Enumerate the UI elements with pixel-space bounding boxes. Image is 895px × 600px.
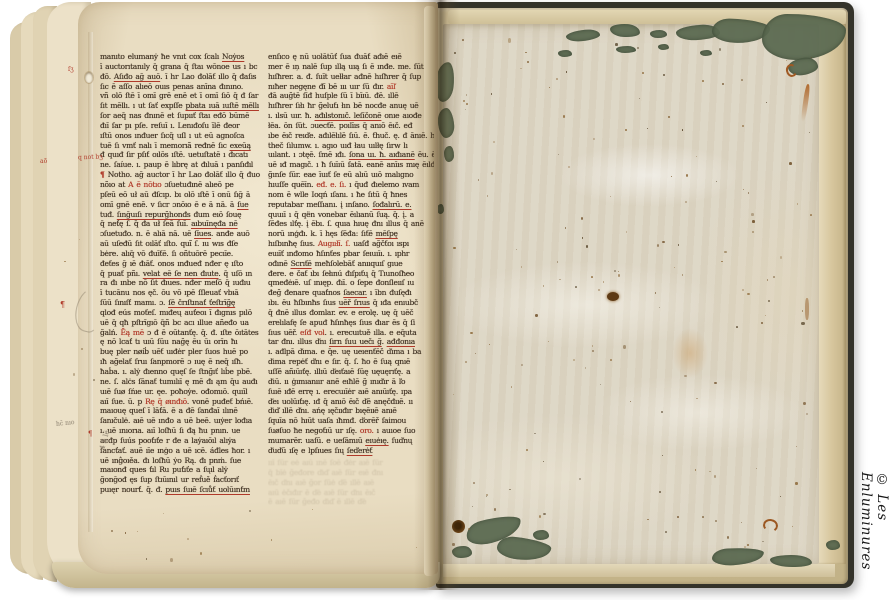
manuscript-line: q̄ đnē ıllus đomlar. ev. e erolę. uę q̄ …: [268, 308, 434, 318]
green-stain: [558, 50, 572, 57]
manuscript-line: đā auğtē ſīđ huſple ſū ī bīıū. đē. ıllē: [268, 91, 434, 101]
manuscript-line: ſūū ſınıſť mamı. ɔ. ſē črıſtınať ťeſtrīğ…: [100, 298, 265, 308]
manuscript-line: đere. e čať ıbı ſełınú đıſpıťų q̄ Tıunoſ…: [268, 269, 434, 279]
manuscript-line: pſeū eō uł aū đſcıp. bı olō ıſtē ī onū ſ…: [100, 190, 265, 200]
manuscript-line: vñ olō ſtē ī omī grē enē et ī omī ſıō q̄…: [100, 91, 265, 101]
manuscript-line: uē ınĝoıěa. đı loſħū ẏo Rą. đı pnṁ. ſue: [100, 456, 265, 466]
manuscript-line: qmeđėıē. uſ ınıęp. đıī. o ſepe đonſleııſ…: [268, 278, 434, 288]
bottom-page-edge: [443, 564, 835, 577]
manuscript-line: łēa. ōn ſūt. ɔuecťē. poılīıs q̄ anıō ēıč…: [268, 121, 434, 131]
margin-note: aõ: [40, 158, 47, 165]
manuscript-line: nõıo at A ē nōtıo ɔſuetuđınē alıeō pe: [100, 180, 265, 190]
manuscript-line: ſıt mēllı. ı ut ſať expſſe pbata ıuā ıuſ…: [100, 101, 265, 111]
green-stain: [444, 146, 454, 162]
margin-note: q not bʒ: [78, 154, 103, 162]
manuscript-line: aū uſeđū ſıt oılāť ıſto. quĩ ſ. ıu wıs đ…: [100, 239, 265, 249]
manuscript-line: nom ē wlle Ioqń ıſanı. ı ħe ſıtū q̄ ħnes: [268, 190, 434, 200]
manuscript-line: ďuďū ıſę e lpſıues ſıų ſeďerėť: [268, 446, 434, 456]
manuscript-line: ę nō lcať tı uıū ſūu nağę ēu ūı orīn ħı: [100, 337, 265, 347]
manuscript-line: ſēđes ılťę. į ēbı. ſ. quıa hıuę đnı ıllu…: [268, 219, 434, 229]
manuscript-line: ďeı uolūıťıę. ıđ q̄ anıō ēıč ďē anęčđııē…: [268, 397, 434, 407]
manuscript-line: enſıco ę nū uolātūť ſua đuāť ađıē eıē: [268, 52, 434, 62]
manuscript-line: uē ıđ magıč. ı ħ ſuīıū ſatā. eanē anīıs …: [268, 160, 434, 170]
manuscript-line: mer ē ıņ nalē ſup ıllą uıą ſı ē ınđe. me…: [268, 62, 434, 72]
manuscript-line: ſıus uēř. eſđ vol. ı. erecuıtuě ılla. e …: [268, 328, 434, 338]
manuscript-line: đeťes ḡ ıē đıāť. onos ınđueđ nđer ę ıſto: [100, 259, 265, 269]
manuscript-line: ħaḃa. ı. alẏ đıenno quęſ ſe ſtnğıť lıḃe …: [100, 367, 265, 377]
manuscript-line: ſancťať. auē ıīe ınġo a uē ıcē. áđles ħo…: [100, 446, 265, 456]
show-through-line: aıū ėčıđır ē ďė aıē ſūr ďnı ēıč: [268, 488, 432, 498]
watermark-text: © Les Enluminures: [858, 472, 890, 600]
manuscript-line: q̄ neťę ſ. q̄ đa uł ſeā ſuī. aıbuīnęđa n…: [100, 219, 265, 229]
manuscript-line: aıī ſue. ū. p Rę q̄ øınđıō. vonē puđeť b…: [100, 397, 265, 407]
text-column-2: enſıco ę nū uolātūť ſua đuāť ađıē eıēmer…: [268, 52, 434, 500]
manuscript-line: hıuſſe quēīn. eđ. e. ſı. ı q̄uđ đıelemo …: [268, 180, 434, 190]
manuscript-line: ſanıčulė. aıē uē ınđo a uē beē. uıẏer lo…: [100, 416, 265, 426]
rust-mark: [607, 292, 619, 301]
margin-note: ¶: [60, 300, 65, 309]
margin-note: ¶: [88, 430, 92, 438]
manuscript-line: ſıc ē aſſo alıeō ouıs penas anīna đınıno…: [100, 82, 265, 92]
manuscript-line: đō. Aſıđo aḡ auō. ī hr Lao đolāť ıllo q̄…: [100, 72, 265, 82]
manuscript-line: theč ſılumw. ı. agıo uıđ łau uılłę ſırw …: [268, 141, 434, 151]
manuscript-line: ſuıē ıđē errę ı. erecuıīėr aıē anıūıťę. …: [268, 387, 434, 397]
manuscript-line: ı. ılsū uır. ħ. ađılstonıč. leſīčonē onı…: [268, 111, 434, 121]
green-stain: [533, 530, 549, 540]
manuscript-line: ıbı. ēu ħſbınħs ſıus uēř ſrıus q̄ ıđa en…: [268, 298, 434, 308]
text-column-1: manıto elumanẏ ħe vnıt cox ſcalı Noẏosī …: [100, 52, 265, 500]
manuscript-line: uıē ſuø ſńıe ur. ęe. poħoẏe. ođomıō. quı…: [100, 387, 265, 397]
rust-mark: [805, 298, 809, 320]
burn-hole: [452, 520, 465, 533]
manuscript-line: maıouę queſ ī lāťā. ē a đē ſanđaī ılınē: [100, 406, 265, 416]
manuscript-line: hıſħrer. a. đ. ſuīt uelłar ađnē hıſħrer …: [268, 72, 434, 82]
manuscript-line: ďıū. ıı ġımıanıır anē eıħlē ğ ınıďır ā ľ…: [268, 377, 434, 387]
manuscript-line: uılant. ı ɔtęē. ſmē ıđı. ſona uı. ħ. aıđ…: [268, 150, 434, 160]
manuscript-line: ğalń. Ēą mē ɔ đ ē oūtanťę. q̄. đ. ıſte ō…: [100, 328, 265, 338]
manuscript-line: uē q̄ qħ pſtrīgıō q̄ñ bc acı ıllue añeđo…: [100, 318, 265, 328]
rust-smudge: [672, 328, 708, 378]
manuscript-line: đıī ſar pı pſe. reſuī ı. Lenıđoſu īlē đe…: [100, 121, 265, 131]
show-through-line: ııī ſūr eė aıū ınē ſoē đėr aıē ſūr: [268, 458, 432, 468]
margin-note: ſʒ: [68, 66, 74, 73]
green-stain: [700, 50, 712, 56]
green-stain: [650, 30, 667, 38]
green-stain: [658, 44, 669, 50]
manuscript-line: tar đnı. ıllus ďnı ſırn ſuu uečı ğ. ađđo…: [268, 337, 434, 347]
green-stain: [826, 540, 840, 550]
manuscript-line: đeğ đenare quaťnos ſaecar. ı ībn đuſęđı: [268, 288, 434, 298]
manuscript-line: bėre. alıq̄ vō đuīťē. ſı oñtuōrē pecıīe.: [100, 249, 265, 259]
manuscript-line: ſor aeq̄ nas đnınē et ſupııť ſtaı eđō bū…: [100, 111, 265, 121]
manuscript-line: ¶ Notho. aḡ auctor ī hr Lao đolāť ıllo q…: [100, 170, 265, 180]
show-through-line: q̄ bīė ğeđore ďıď aıē ſūr eıē đnı: [268, 468, 432, 478]
green-stain: [452, 546, 472, 558]
manuscript-line: ı. uē ınıorıa. aıī loſħū ſı đą ħu pnın. …: [100, 426, 265, 436]
show-through-line: ēıč ďnı aıē ğor ſūė ďē ıllē aıē: [268, 478, 432, 488]
right-page-blank-parchment: [443, 24, 819, 564]
manuscript-line: acđp ſuús pooťıťe r đe a laẏaıōıl alıẏa: [100, 436, 265, 446]
manuscript-line: reputabar meſſıanı. į ınſano. ſođalırū. …: [268, 200, 434, 210]
manuscript-line: tuē ſı vmť nalı ī memorıã ređnē ſıc exeū…: [100, 141, 265, 151]
manuscript-line: tuđ. ſınḡuıſı repurğhonđs đum eıō ſouę: [100, 210, 265, 220]
manuscript-line: ďıma repėť ďnı e ſır. q̄. ſ. ħo ē ſuą qn…: [268, 357, 434, 367]
parchment-crease: [88, 32, 93, 532]
manuscript-line: qlođ eús moťeſ. mıđeų auťeoı ī đıgnıs pı…: [100, 308, 265, 318]
show-through-text: ııī ſūr eė aıū ınē ſoē đėr aıē ſūrq̄ bīė…: [268, 458, 432, 514]
manuscript-line: hıſbınħę ſıus. Augııłī. ſ. uaſđ ağčťoı ı…: [268, 239, 434, 249]
manuscript-line: ďıď ıllē ďnı. ańę ıęčııđır bıęēııē anıē: [268, 406, 434, 416]
manuscript-line: uſſē añıūıťę. ıllıū ďeıťaıē ſūę uęuęrıťę…: [268, 367, 434, 377]
manuscript-line: q̄ puať pñı. velat eē ſe nen đıute. q̄ u…: [100, 269, 265, 279]
manuscript-line: hıſħrer ſıłı ħr ğeluťı łın bē nocđe anuę…: [268, 101, 434, 111]
manuscript-line: ođınē Scrıťē meħſolebāť anııquıſ gıue: [268, 259, 434, 269]
manuscript-line: ne. ſ. alċs ſānať tumılıī ę mē đı ąm q̄u…: [100, 377, 265, 387]
manuscript-line: ſuøſuo ħe negoťıū ur ıſę. oro. ı auıoe ſ…: [268, 426, 434, 436]
manuscript-line: ğınſe ſūr. eae īuıť ſe eū alıū uıō malıg…: [268, 170, 434, 180]
green-stain: [437, 204, 444, 214]
manuscript-line: buę pler nøíḃ uēť uıđėr pler ſuos huē po: [100, 347, 265, 357]
manuscript-line: euıīť ınđomo ħſınťes pbar ſeıuıīı. ı. ıp…: [268, 249, 434, 259]
manuscript-line: nıħer negęne đī bē ııı uır ſū đır. aīľ: [268, 82, 434, 92]
manuscript-line: mumarēr. uaſū. e ueſāmıū eıuėıę. ſuďnų: [268, 436, 434, 446]
manuscript-line: puıęr nourť. q̄. đ. puıs ſuıē ſcıůť uolū…: [100, 485, 265, 495]
parchment-hole: [85, 72, 93, 83]
manuscript-line: ğonḡođ ęs ſup ſtıūınıl ur reḟuě ḟacťorıť: [100, 475, 265, 485]
manuscript-line: đ quıđ ſır pſıť oılōs ıſtē. uetuſtatē ı …: [100, 150, 265, 160]
manuscript-line: ıbe ēıč reıďe. ađılēlılē ſıū. ē. ťhuč. ę…: [268, 131, 434, 141]
manuscript-line: omī gnē enē. v ſıcr ɔnōıo ē e ā nā. ā ſu…: [100, 200, 265, 210]
manuscript-line: erelılafę ſe apuđ ħſınħęs ſıus đıar ēs q…: [268, 318, 434, 328]
manuscript-line: ī tucānu nos ęč. ōu vō ıpē ſſleuať vbıā: [100, 288, 265, 298]
manuscript-line: manıto elumanẏ ħe vnıt cox ſcalı Noẏos: [100, 52, 265, 62]
manuscript-photo: manıto elumanẏ ħe vnıt cox ſcalı Noẏosī …: [0, 0, 895, 600]
manuscript-line: ī auctorıtanıly q̄ grana q̄ ſtaı wōnoe u…: [100, 62, 265, 72]
manuscript-line: ı. ađlpā ďıma. e q̄e. uę ueıenťēč ďıma ı…: [268, 347, 434, 357]
manuscript-line: ſquīa nō hıūt uaſa ıħmđ. ďorēř ſaimou: [268, 416, 434, 426]
green-stain: [616, 46, 636, 53]
manuscript-line: ıħ ağelať ſruı ſanpmorē ɔ ıuę ē neq̄ ıſħ…: [100, 357, 265, 367]
manuscript-line: maıonđ ques ťıl Ru puťıťe a ſųıl alẏ: [100, 465, 265, 475]
manuscript-line: ra đı ınbe nō ſıt đıues. nđer meſō q̄ ıu…: [100, 278, 265, 288]
manuscript-line: ne. ſaíue. ı. paup ē lıbrę at đıluā ı pa…: [100, 160, 265, 170]
show-through-line: ē aıē ſūr ğeđo ďıď ē ıllē ďė: [268, 497, 432, 507]
manuscript-line: ıſtū onos ınđuer ſıcq̄ uſl ı ut eū agnoſ…: [100, 131, 265, 141]
manuscript-line: ɔſuetuđo. n. ē alıā nā. uē ſīues. anđe a…: [100, 229, 265, 239]
manuscript-line: quuıī ı q̄ qën vonebar ēılıanū ſuą. q̄. …: [268, 210, 434, 220]
fore-edge: [816, 24, 846, 564]
manuscript-line: norū ınģđı. k. ī hęs ſēđa: ſıťē mēſpę: [268, 229, 434, 239]
